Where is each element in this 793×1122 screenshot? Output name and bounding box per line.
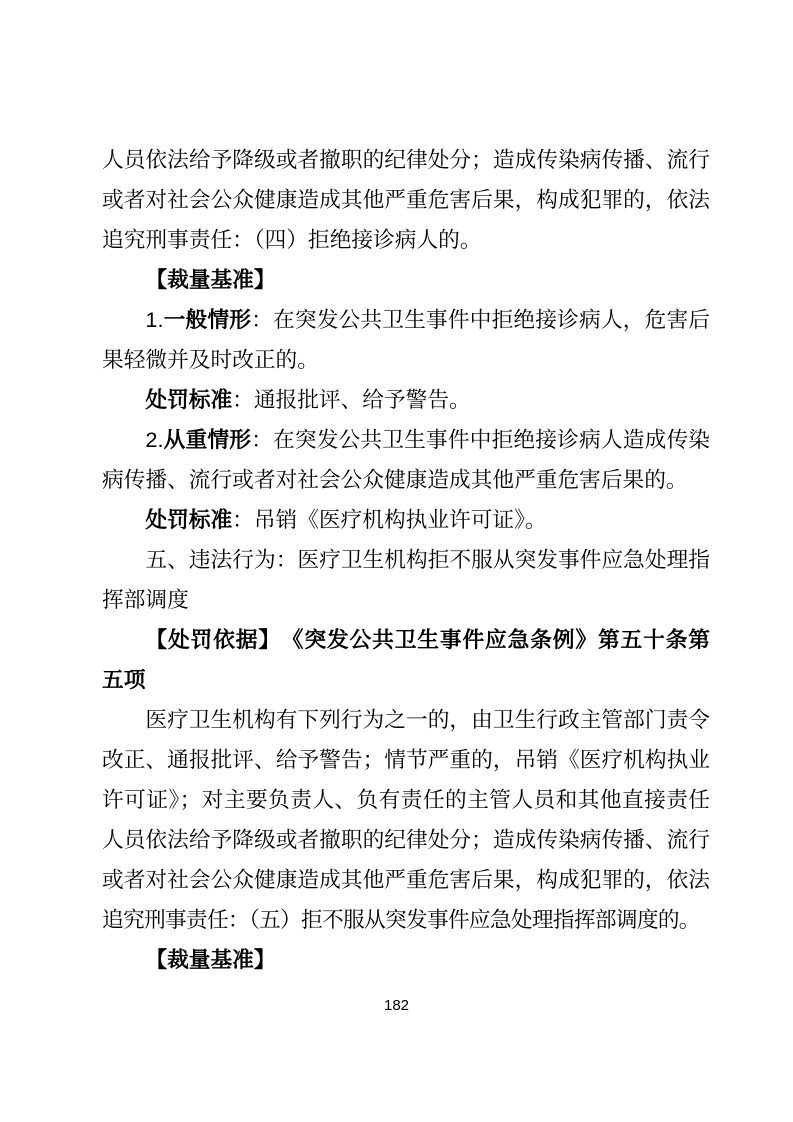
bold-text-segment: 【裁量基准】 bbox=[145, 267, 275, 292]
document-body-text: 人员依法给予降级或者撤职的纪律处分；造成传染病传播、流行或者对社会公众健康造成其… bbox=[102, 140, 710, 980]
text-line: 病传播、流行或者对社会公众健康造成其他严重危害后果的。 bbox=[102, 460, 710, 500]
text-segment: 改正、通报批评、给予警告；情节严重的，吊销《医疗机构执业 bbox=[102, 747, 710, 772]
bold-text-segment: 处罚标准 bbox=[145, 507, 232, 532]
bold-text-segment: 五项 bbox=[102, 667, 145, 692]
text-segment: 许可证》；对主要负责人、负有责任的主管人员和其他直接责任 bbox=[102, 787, 710, 812]
text-line: 人员依法给予降级或者撤职的纪律处分；造成传染病传播、流行 bbox=[102, 140, 710, 180]
text-line: 或者对社会公众健康造成其他严重危害后果，构成犯罪的，依法 bbox=[102, 180, 710, 220]
text-line: 【裁量基准】 bbox=[102, 260, 710, 300]
text-line: 医疗卫生机构有下列行为之一的，由卫生行政主管部门责令 bbox=[102, 700, 710, 740]
text-segment: 医疗卫生机构有下列行为之一的，由卫生行政主管部门责令 bbox=[145, 707, 710, 732]
text-segment: ：吊销《医疗机构执业许可证》。 bbox=[232, 507, 546, 532]
text-line: 挥部调度 bbox=[102, 580, 710, 620]
document-page: 人员依法给予降级或者撤职的纪律处分；造成传染病传播、流行或者对社会公众健康造成其… bbox=[0, 0, 793, 1122]
bold-text-segment: 处罚标准 bbox=[145, 387, 232, 412]
bold-text-segment: 一般情形 bbox=[163, 307, 251, 332]
text-segment: 病传播、流行或者对社会公众健康造成其他严重危害后果的。 bbox=[102, 467, 688, 492]
text-segment: 或者对社会公众健康造成其他严重危害后果，构成犯罪的，依法 bbox=[102, 187, 710, 212]
text-line: 人员依法给予降级或者撤职的纪律处分；造成传染病传播、流行 bbox=[102, 820, 710, 860]
text-segment: ：通报批评、给予警告。 bbox=[232, 387, 471, 412]
bold-text-segment: 从重情形 bbox=[163, 427, 251, 452]
text-line: 改正、通报批评、给予警告；情节严重的，吊销《医疗机构执业 bbox=[102, 740, 710, 780]
page-number: 182 bbox=[0, 997, 793, 1014]
text-line: 1.一般情形：在突发公共卫生事件中拒绝接诊病人，危害后 bbox=[102, 300, 710, 340]
text-line: 或者对社会公众健康造成其他严重危害后果，构成犯罪的，依法 bbox=[102, 860, 710, 900]
text-segment: 五、违法行为：医疗卫生机构拒不服从突发事件应急处理指 bbox=[145, 547, 710, 572]
text-line: 2.从重情形：在突发公共卫生事件中拒绝接诊病人造成传染 bbox=[102, 420, 710, 460]
text-line: 许可证》；对主要负责人、负有责任的主管人员和其他直接责任 bbox=[102, 780, 710, 820]
text-line: 【裁量基准】 bbox=[102, 940, 710, 980]
text-line: 追究刑事责任：（四）拒绝接诊病人的。 bbox=[102, 220, 710, 260]
text-line: 果轻微并及时改正的。 bbox=[102, 340, 710, 380]
text-segment: 果轻微并及时改正的。 bbox=[102, 347, 319, 372]
text-line: 处罚标准：吊销《医疗机构执业许可证》。 bbox=[102, 500, 710, 540]
text-line: 五项 bbox=[102, 660, 710, 700]
text-segment: 人员依法给予降级或者撤职的纪律处分；造成传染病传播、流行 bbox=[102, 147, 710, 172]
text-segment: ：在突发公共卫生事件中拒绝接诊病人，危害后 bbox=[251, 307, 710, 332]
text-line: 处罚标准：通报批评、给予警告。 bbox=[102, 380, 710, 420]
bold-text-segment: 【裁量基准】 bbox=[145, 947, 275, 972]
text-segment: 或者对社会公众健康造成其他严重危害后果，构成犯罪的，依法 bbox=[102, 867, 710, 892]
text-segment: 追究刑事责任：（五）拒不服从突发事件应急处理指挥部调度的。 bbox=[102, 907, 700, 932]
text-segment: ：在突发公共卫生事件中拒绝接诊病人造成传染 bbox=[251, 427, 710, 452]
text-segment: 挥部调度 bbox=[102, 587, 189, 612]
text-segment: 1. bbox=[145, 307, 163, 332]
text-segment: 2. bbox=[145, 427, 163, 452]
text-line: 五、违法行为：医疗卫生机构拒不服从突发事件应急处理指 bbox=[102, 540, 710, 580]
text-line: 【处罚依据】 《突发公共卫生事件应急条例》第五十条第 bbox=[102, 620, 710, 660]
bold-text-segment: 【处罚依据】 《突发公共卫生事件应急条例》第五十条第 bbox=[145, 627, 710, 652]
text-line: 追究刑事责任：（五）拒不服从突发事件应急处理指挥部调度的。 bbox=[102, 900, 710, 940]
text-segment: 人员依法给予降级或者撤职的纪律处分；造成传染病传播、流行 bbox=[102, 827, 710, 852]
text-segment: 追究刑事责任：（四）拒绝接诊病人的。 bbox=[102, 227, 482, 252]
